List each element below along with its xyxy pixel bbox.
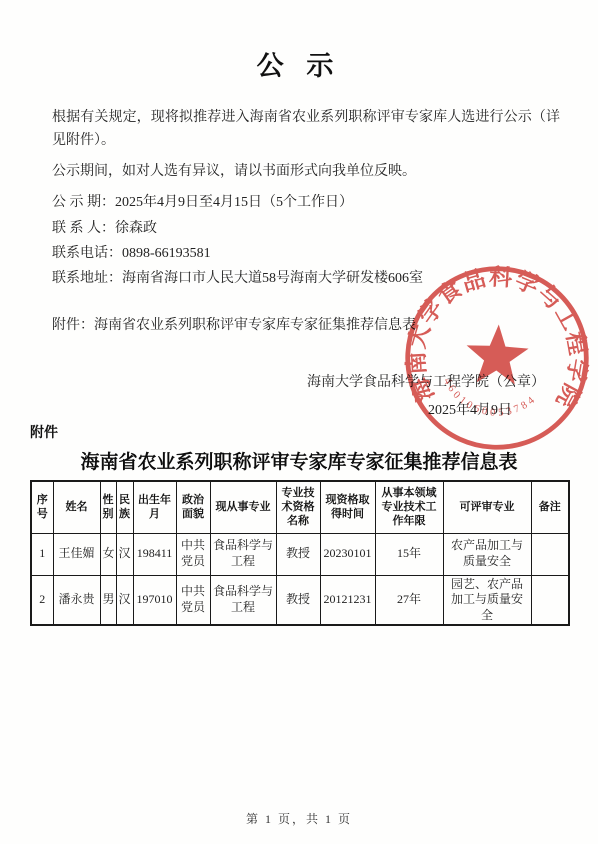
cell-qual-date: 20230101 [320, 533, 375, 575]
table-header-row: 序号 姓名 性别 民族 出生年月 政治面貌 现从事专业 专业技术资格名称 现资格… [31, 481, 569, 533]
header-cell-index: 序号 [31, 481, 53, 533]
info-line-contact-person: 联 系 人：徐森政 [52, 217, 560, 237]
cell-name: 王佳媚 [53, 533, 100, 575]
attachment-label: 附件 [30, 422, 58, 442]
header-cell-qual-date: 现资格取得时间 [320, 481, 375, 533]
header-cell-review-major: 可评审专业 [443, 481, 531, 533]
cell-review-major: 园艺、农产品加工与质量安全 [443, 575, 531, 625]
signature-organization: 海南大学食品科学与工程学院（公章） [0, 371, 545, 391]
cell-profession: 食品科学与工程 [210, 575, 276, 625]
cell-name: 潘永贵 [53, 575, 100, 625]
cell-work-years: 27年 [375, 575, 443, 625]
cell-political: 中共党员 [176, 575, 210, 625]
seal-ring [403, 264, 591, 452]
cell-remarks [531, 575, 569, 625]
attachment-reference: 附件：海南省农业系列职称评审专家库专家征集推荐信息表 [52, 314, 560, 334]
cell-work-years: 15年 [375, 533, 443, 575]
official-seal: 海南大学食品科学与工程学院 4601060053784 [401, 262, 593, 454]
table-row: 1 王佳媚 女 汉 198411 中共党员 食品科学与工程 教授 2023010… [31, 533, 569, 575]
scanned-notice-page: 公 示 根据有关规定，现将拟推荐进入海南省农业系列职称评审专家库人选进行公示（详… [0, 0, 598, 844]
header-cell-profession: 现从事专业 [210, 481, 276, 533]
cell-gender: 男 [100, 575, 116, 625]
header-cell-qualification: 专业技术资格名称 [276, 481, 320, 533]
cell-index: 1 [31, 533, 53, 575]
cell-ethnicity: 汉 [116, 533, 133, 575]
cell-birth: 198411 [133, 533, 176, 575]
header-cell-ethnicity: 民族 [116, 481, 133, 533]
cell-ethnicity: 汉 [116, 575, 133, 625]
cell-profession: 食品科学与工程 [210, 533, 276, 575]
cell-review-major: 农产品加工与质量安全 [443, 533, 531, 575]
paragraph-intro: 根据有关规定，现将拟推荐进入海南省农业系列职称评审专家库人选进行公示（详见附件）… [52, 106, 560, 152]
cell-gender: 女 [100, 533, 116, 575]
info-line-contact-address: 联系地址：海南省海口市人民大道58号海南大学研发楼606室 [52, 267, 560, 287]
cell-qualification: 教授 [276, 533, 320, 575]
header-cell-birth: 出生年月 [133, 481, 176, 533]
table-row: 2 潘永贵 男 汉 197010 中共党员 食品科学与工程 教授 2012123… [31, 575, 569, 625]
cell-birth: 197010 [133, 575, 176, 625]
header-cell-gender: 性别 [100, 481, 116, 533]
info-line-publicity-period: 公 示 期：2025年4月9日至4月15日（5个工作日） [52, 191, 560, 211]
signature-date: 2025年4月9日 [0, 399, 512, 419]
info-line-contact-phone: 联系电话：0898-66193581 [52, 242, 560, 262]
expert-table: 序号 姓名 性别 民族 出生年月 政治面貌 现从事专业 专业技术资格名称 现资格… [30, 480, 570, 626]
expert-table-container: 序号 姓名 性别 民族 出生年月 政治面貌 现从事专业 专业技术资格名称 现资格… [30, 480, 570, 626]
table-title: 海南省农业系列职称评审专家库专家征集推荐信息表 [0, 447, 598, 474]
page-footer: 第 1 页，共 1 页 [0, 810, 598, 827]
header-cell-political: 政治面貌 [176, 481, 210, 533]
paragraph-objection: 公示期间，如对人选有异议，请以书面形式向我单位反映。 [52, 160, 560, 183]
cell-qualification: 教授 [276, 575, 320, 625]
header-cell-name: 姓名 [53, 481, 100, 533]
cell-political: 中共党员 [176, 533, 210, 575]
cell-index: 2 [31, 575, 53, 625]
notice-title: 公 示 [0, 44, 598, 83]
header-cell-remarks: 备注 [531, 481, 569, 533]
header-cell-work-years: 从事本领域专业技术工作年限 [375, 481, 443, 533]
cell-qual-date: 20121231 [320, 575, 375, 625]
cell-remarks [531, 533, 569, 575]
